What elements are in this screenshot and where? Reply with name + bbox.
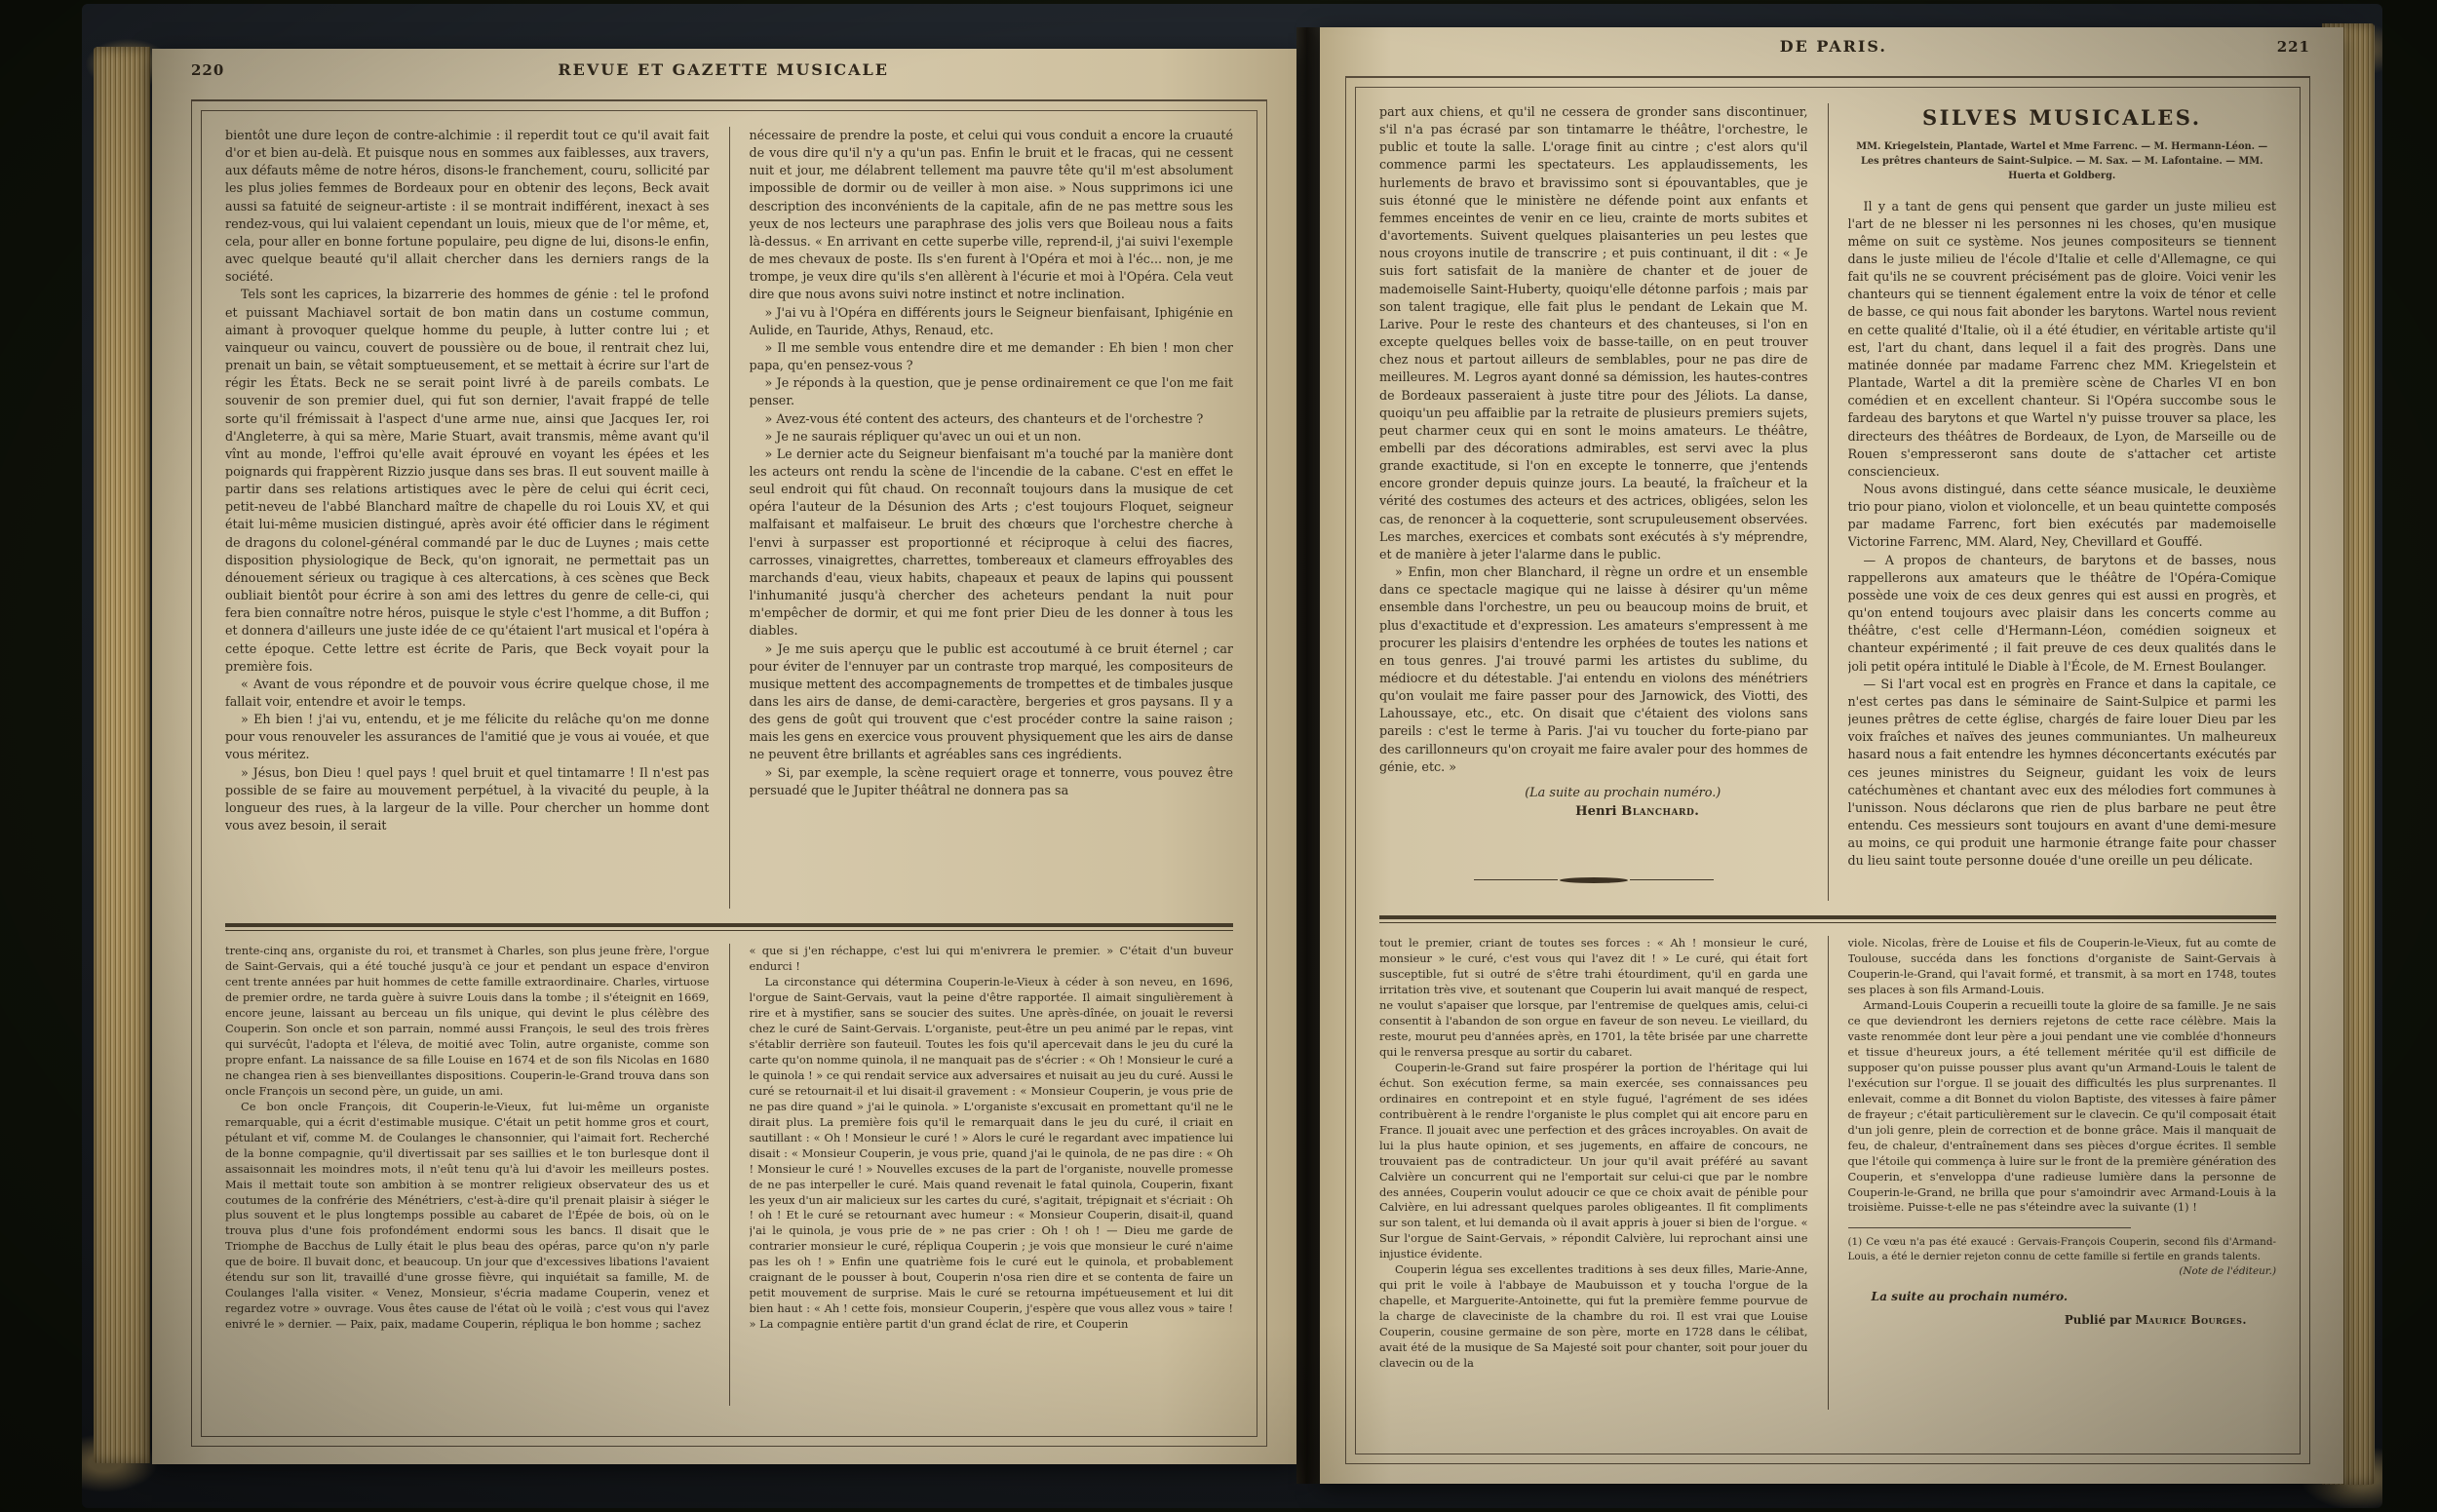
feuilleton-column-1: trente-cinq ans, organiste du roi, et tr… [225, 944, 710, 1406]
paragraph: Couperin légua ses excellentes tradition… [1379, 1262, 1808, 1372]
main-article: part aux chiens, et qu'il ne cessera de … [1379, 103, 2276, 901]
column-divider [729, 127, 730, 909]
column-text: trente-cinq ans, organiste du roi, et tr… [225, 944, 710, 1333]
publisher-name: Maurice Bourges. [2135, 1313, 2247, 1327]
paragraph: tout le premier, criant de toutes ses fo… [1379, 936, 1808, 1061]
publisher-prefix: Publié par [2065, 1313, 2136, 1327]
column-text: tout le premier, criant de toutes ses fo… [1379, 936, 1808, 1372]
column-divider [1828, 936, 1829, 1410]
paragraph: » Jésus, bon Dieu ! quel pays ! quel bru… [225, 764, 710, 835]
feuilleton-column-2: viole. Nicolas, frère de Louise et fils … [1848, 936, 2277, 1410]
paragraph: « Avant de vous répondre et de pouvoir v… [225, 676, 710, 711]
article-column-2: SILVES MUSICALES. MM. Kriegelstein, Plan… [1848, 103, 2277, 901]
paragraph: » Il me semble vous entendre dire et me … [750, 339, 1234, 374]
page-edges-left [94, 47, 150, 1463]
paragraph: » Avez-vous été content des acteurs, des… [750, 410, 1234, 428]
page-frame-outer: bientôt une dure leçon de contre-alchimi… [191, 99, 1267, 1447]
paragraph: « que si j'en réchappe, c'est lui qui m'… [750, 944, 1234, 975]
paragraph: nécessaire de prendre la poste, et celui… [750, 127, 1234, 304]
divider-ornament [1379, 877, 1808, 883]
folio-number: 221 [2277, 38, 2310, 56]
page-frame-inner: bientôt une dure leçon de contre-alchimi… [201, 110, 1257, 1437]
paragraph: » Eh bien ! j'ai vu, entendu, et je me f… [225, 711, 710, 763]
journal-spread: 220 REVUE ET GAZETTE MUSICALE bientôt un… [152, 23, 2320, 1493]
paragraph: » Enfin, mon cher Blanchard, il règne un… [1379, 563, 1808, 776]
paragraph: Armand-Louis Couperin a recueilli toute … [1848, 998, 2277, 1217]
article-column-1: part aux chiens, et qu'il ne cessera de … [1379, 103, 1808, 901]
feuilleton: tout le premier, criant de toutes ses fo… [1379, 936, 2276, 1410]
column-text: Il y a tant de gens qui pensent que gard… [1848, 198, 2277, 871]
paragraph: Couperin-le-Grand sut faire prospérer la… [1379, 1061, 1808, 1263]
main-article: bientôt une dure leçon de contre-alchimi… [225, 127, 1233, 909]
book-spine-gutter [1296, 27, 1320, 1484]
paragraph: La circonstance qui détermina Couperin-l… [750, 975, 1234, 1333]
author-first-name: Henri [1575, 804, 1621, 819]
paragraph: Nous avons distingué, dans cette séance … [1848, 481, 2277, 552]
column-divider [1828, 103, 1829, 901]
paragraph: » Je me suis aperçu que le public est ac… [750, 640, 1234, 764]
feuilleton-divider [1379, 915, 2276, 923]
publisher-credit: Publié par Maurice Bourges. [1848, 1313, 2277, 1327]
footnote: (1) Ce vœu n'a pas été exaucé : Gervais-… [1848, 1235, 2277, 1278]
feuilleton-column-2: « que si j'en réchappe, c'est lui qui m'… [750, 944, 1234, 1406]
paragraph: » Je ne saurais répliquer qu'avec un oui… [750, 428, 1234, 446]
continuation-note: La suite au prochain numéro. [1848, 1290, 2277, 1303]
paragraph: » Je réponds à la question, que je pense… [750, 374, 1234, 409]
continuation-note: (La suite au prochain numéro.) [1379, 786, 1808, 800]
author-signature: Henri Blanchard. [1379, 804, 1808, 819]
page-frame-outer: part aux chiens, et qu'il ne cessera de … [1345, 76, 2310, 1464]
article-heading: SILVES MUSICALES. [1848, 105, 2277, 130]
page-left: 220 REVUE ET GAZETTE MUSICALE bientôt un… [152, 49, 1296, 1464]
page-header-right: DE PARIS. 221 [1345, 37, 2310, 76]
column-divider [729, 944, 730, 1406]
paragraph: » J'ai vu à l'Opéra en différents jours … [750, 304, 1234, 339]
running-title: DE PARIS. [1390, 37, 2277, 56]
article-column-2: nécessaire de prendre la poste, et celui… [750, 127, 1234, 909]
article-subtitle: MM. Kriegelstein, Plantade, Wartel et Mm… [1848, 139, 2277, 184]
feuilleton-column-1: tout le premier, criant de toutes ses fo… [1379, 936, 1808, 1410]
paragraph: Ce bon oncle François, dit Couperin-le-V… [225, 1100, 710, 1334]
paragraph: part aux chiens, et qu'il ne cessera de … [1379, 103, 1808, 563]
ornament-lens [1560, 877, 1628, 883]
photograph-background: 220 REVUE ET GAZETTE MUSICALE bientôt un… [0, 0, 2437, 1512]
feuilleton-divider [225, 923, 1233, 931]
paragraph: Tels sont les caprices, la bizarrerie de… [225, 286, 710, 675]
column-text: « que si j'en réchappe, c'est lui qui m'… [750, 944, 1234, 1333]
footnote-rule [1848, 1227, 2131, 1228]
paragraph: viole. Nicolas, frère de Louise et fils … [1848, 936, 2277, 998]
ornament-line [1474, 879, 1558, 880]
paragraph: » Le dernier acte du Seigneur bienfaisan… [750, 446, 1234, 640]
column-text: bientôt une dure leçon de contre-alchimi… [225, 127, 710, 834]
paragraph: » Si, par exemple, la scène requiert ora… [750, 764, 1234, 799]
paragraph: — A propos de chanteurs, de barytons et … [1848, 552, 2277, 676]
column-text: nécessaire de prendre la poste, et celui… [750, 127, 1234, 799]
column-text: viole. Nicolas, frère de Louise et fils … [1848, 936, 2277, 1216]
folio-number: 220 [191, 61, 224, 79]
ornament-line [1630, 879, 1714, 880]
paragraph: Il y a tant de gens qui pensent que gard… [1848, 198, 2277, 482]
editor-note: (Note de l'éditeur.) [1848, 1264, 2277, 1279]
footnote-text: (1) Ce vœu n'a pas été exaucé : Gervais-… [1848, 1236, 2277, 1262]
feuilleton: trente-cinq ans, organiste du roi, et tr… [225, 944, 1233, 1406]
article-column-1: bientôt une dure leçon de contre-alchimi… [225, 127, 710, 909]
page-header-left: 220 REVUE ET GAZETTE MUSICALE [191, 60, 1267, 99]
page-frame-inner: part aux chiens, et qu'il ne cessera de … [1355, 87, 2301, 1454]
paragraph: trente-cinq ans, organiste du roi, et tr… [225, 944, 710, 1100]
author-last-name: Blanchard. [1621, 804, 1699, 819]
paragraph: bientôt une dure leçon de contre-alchimi… [225, 127, 710, 286]
running-title: REVUE ET GAZETTE MUSICALE [224, 60, 1222, 79]
book-cover: 220 REVUE ET GAZETTE MUSICALE bientôt un… [82, 4, 2382, 1508]
column-text: part aux chiens, et qu'il ne cessera de … [1379, 103, 1808, 776]
page-right: DE PARIS. 221 part aux chiens, et qu'il … [1320, 27, 2343, 1484]
paragraph: — Si l'art vocal est en progrès en Franc… [1848, 676, 2277, 871]
